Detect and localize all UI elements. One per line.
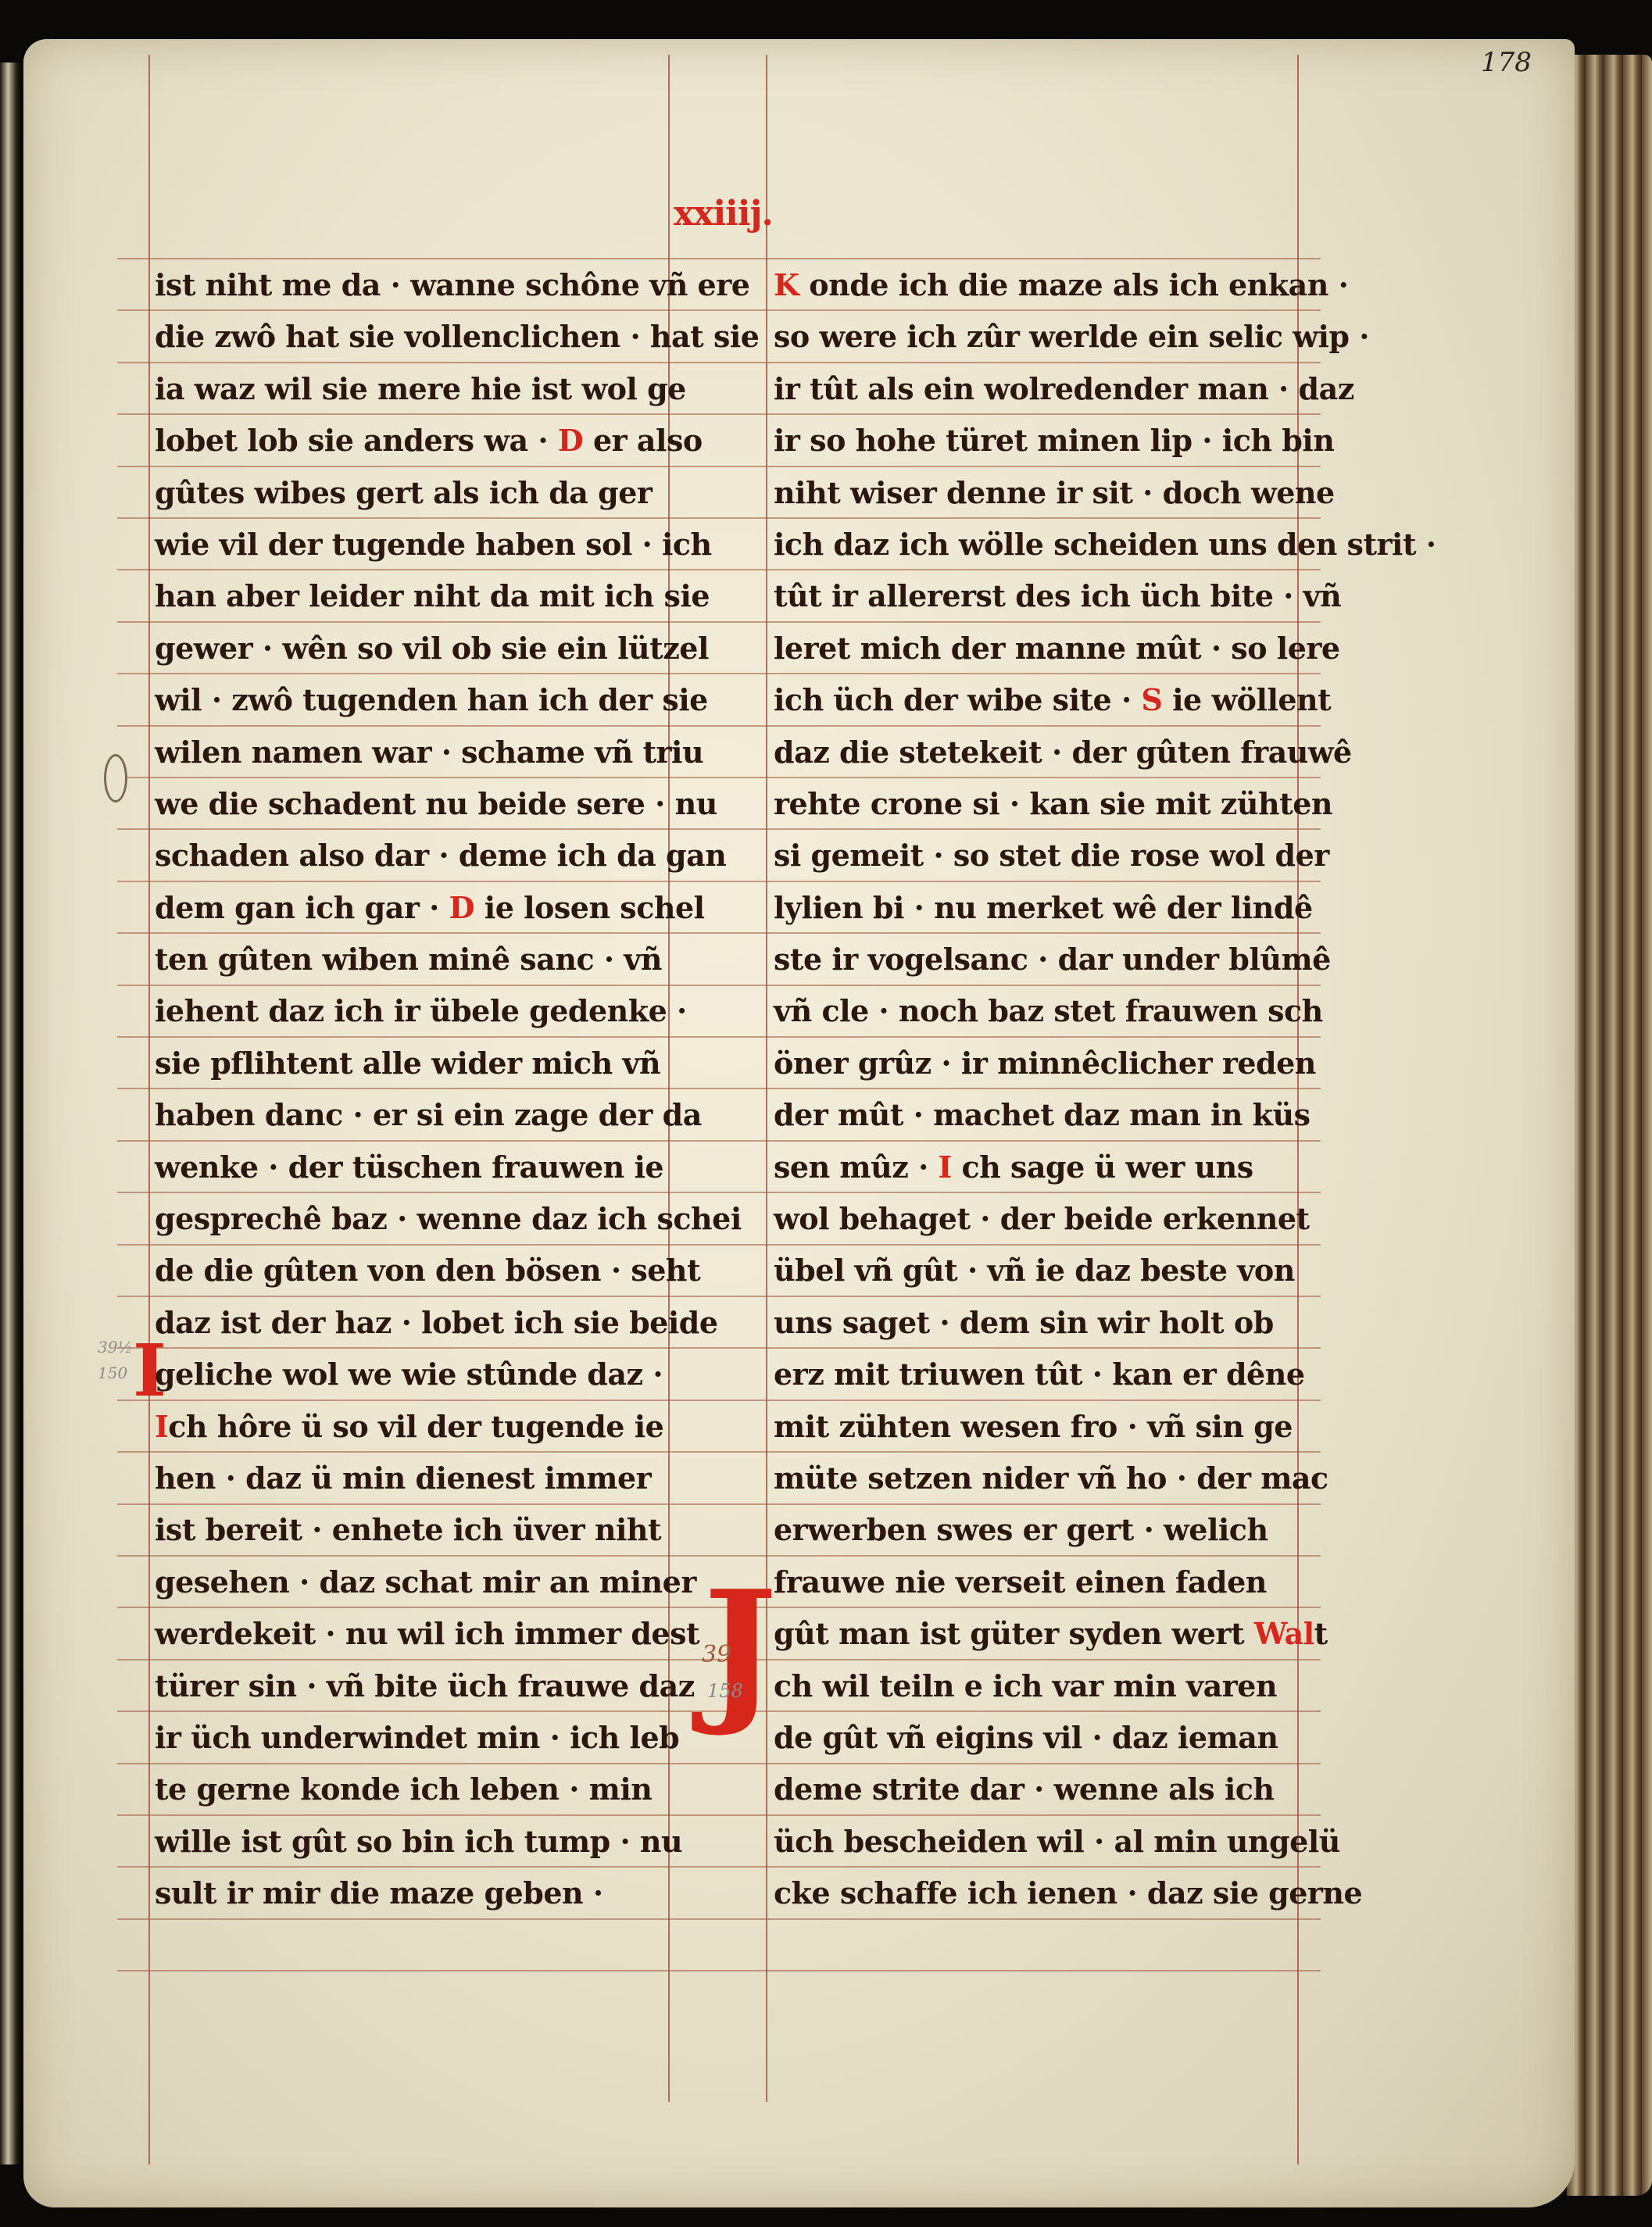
text-column-left: ist niht me da · wanne schône vñ eredie … bbox=[155, 259, 670, 1920]
text-segment: ie losen schel bbox=[474, 890, 705, 925]
text-segment: t bbox=[1314, 1616, 1328, 1651]
text-segment: dem gan ich gar · bbox=[155, 890, 449, 925]
text-line: ir üch underwindet min · ich leb bbox=[155, 1712, 670, 1764]
text-line: gût man ist güter syden wert Walt bbox=[774, 1608, 1305, 1660]
text-line: wilen namen war · schame vñ triu bbox=[155, 727, 670, 778]
folio-number: 178 bbox=[1481, 47, 1532, 78]
text-line: daz ist der haz · lobet ich sie beide bbox=[155, 1297, 670, 1349]
margin-note-39: 39 bbox=[702, 1641, 731, 1668]
text-line: daz die stetekeit · der gûten frauwê bbox=[774, 727, 1305, 778]
text-line: haben danc · er si ein zage der da bbox=[155, 1089, 670, 1141]
text-line: der mût · machet daz man in küs bbox=[774, 1089, 1305, 1141]
text-line: gesprechê baz · wenne daz ich schei bbox=[155, 1193, 670, 1245]
text-column-right: K onde ich die maze als ich enkan ·so we… bbox=[774, 259, 1305, 1920]
text-line: wille ist gût so bin ich tump · nu bbox=[155, 1816, 670, 1868]
text-line: übel vñ gût · vñ ie daz beste von bbox=[774, 1245, 1305, 1296]
rubricated-initial: K bbox=[774, 267, 799, 302]
text-segment: ie wöllent bbox=[1162, 682, 1331, 717]
text-line: ich daz ich wölle scheiden uns den strit… bbox=[774, 519, 1305, 570]
text-line: frauwe nie verseit einen faden bbox=[774, 1557, 1305, 1608]
text-line: ist niht me da · wanne schône vñ ere bbox=[155, 259, 670, 311]
text-segment: gût man ist güter syden wert bbox=[774, 1616, 1254, 1651]
text-line: de die gûten von den bösen · seht bbox=[155, 1245, 670, 1296]
ruling-left-margin bbox=[148, 55, 150, 2164]
text-line: sult ir mir die maze geben · bbox=[155, 1868, 670, 1919]
text-line: werdekeit · nu wil ich immer dest bbox=[155, 1608, 670, 1660]
text-line: leret mich der manne mût · so lere bbox=[774, 623, 1305, 674]
text-line: wil · zwô tugenden han ich der sie bbox=[155, 674, 670, 726]
text-line: die zwô hat sie vollenclichen · hat sie bbox=[155, 311, 670, 363]
text-segment: ich üch der wibe site · bbox=[774, 682, 1141, 717]
text-line: de gût vñ eigins vil · daz ieman bbox=[774, 1712, 1305, 1764]
text-line: ist bereit · enhete ich üver niht bbox=[155, 1504, 670, 1556]
text-line: gûtes wibes gert als ich da ger bbox=[155, 467, 670, 519]
text-line: hen · daz ü min dienest immer bbox=[155, 1453, 670, 1504]
text-line: müte setzen nider vñ ho · der mac bbox=[774, 1453, 1305, 1504]
text-line: ia waz wil sie mere hie ist wol ge bbox=[155, 363, 670, 415]
text-line: ste ir vogelsanc · dar under blûmê bbox=[774, 934, 1305, 985]
text-line: lylien bi · nu merket wê der lindê bbox=[774, 882, 1305, 934]
text-line: ten gûten wiben minê sanc · vñ bbox=[155, 934, 670, 985]
text-line: niht wiser denne ir sit · doch wene bbox=[774, 467, 1305, 519]
text-segment: ch sage ü wer uns bbox=[952, 1149, 1253, 1185]
text-line: sen mûz · I ch sage ü wer uns bbox=[774, 1142, 1305, 1193]
margin-note-39half: 39½ bbox=[98, 1338, 133, 1357]
text-line: wol behaget · der beide erkennet bbox=[774, 1193, 1305, 1245]
text-segment: onde ich die maze als ich enkan · bbox=[799, 267, 1349, 302]
text-segment: sen mûz · bbox=[774, 1149, 939, 1185]
text-segment: lobet lob sie anders wa · bbox=[155, 423, 558, 458]
rubricated-initial: D bbox=[449, 890, 474, 925]
text-line: wie vil der tugende haben sol · ich bbox=[155, 519, 670, 570]
text-line: sie pflihtent alle wider mich vñ bbox=[155, 1038, 670, 1089]
text-line: ich üch der wibe site · S ie wöllent bbox=[774, 674, 1305, 726]
rubricated-initial: Wal bbox=[1254, 1616, 1314, 1651]
text-line: dem gan ich gar · D ie losen schel bbox=[155, 882, 670, 934]
text-line: gesehen · daz schat mir an miner bbox=[155, 1557, 670, 1608]
text-line: Ich hôre ü so vil der tugende ie bbox=[155, 1401, 670, 1453]
text-segment: er also bbox=[583, 423, 702, 458]
text-line: te gerne konde ich leben · min bbox=[155, 1764, 670, 1815]
text-line: erwerben swes er gert · welich bbox=[774, 1504, 1305, 1556]
text-segment: ch hôre ü so vil der tugende ie bbox=[168, 1409, 663, 1444]
text-line: wenke · der tüschen frauwen ie bbox=[155, 1142, 670, 1193]
margin-note-150: 150 bbox=[98, 1364, 127, 1382]
text-line: lobet lob sie anders wa · D er also bbox=[155, 415, 670, 466]
text-line: ch wil teiln e ich var min varen bbox=[774, 1660, 1305, 1712]
margin-note-158: 158 bbox=[707, 1680, 743, 1702]
text-line: we die schadent nu beide sere · nu bbox=[155, 778, 670, 830]
parchment-hole bbox=[104, 754, 127, 803]
text-line: han aber leider niht da mit ich sie bbox=[155, 570, 670, 622]
text-line: si gemeit · so stet die rose wol der bbox=[774, 830, 1305, 881]
text-line: rehte crone si · kan sie mit zühten bbox=[774, 778, 1305, 830]
text-line: geliche wol we wie stûnde daz · bbox=[155, 1349, 670, 1400]
book-fore-edge bbox=[1567, 55, 1652, 2196]
text-line: deme strite dar · wenne als ich bbox=[774, 1764, 1305, 1815]
text-line: türer sin · vñ bite üch frauwe daz bbox=[155, 1660, 670, 1712]
text-line: uns saget · dem sin wir holt ob bbox=[774, 1297, 1305, 1349]
text-line: iehent daz ich ir übele gedenke · bbox=[155, 985, 670, 1037]
text-line: ir tût als ein wolredender man · daz bbox=[774, 363, 1305, 415]
text-line: öner grûz · ir minnêclicher reden bbox=[774, 1038, 1305, 1089]
text-line: so were ich zûr werlde ein selic wip · bbox=[774, 311, 1305, 363]
rubricated-initial: I bbox=[939, 1149, 952, 1185]
text-line: K onde ich die maze als ich enkan · bbox=[774, 259, 1305, 311]
rubricated-initial: I bbox=[155, 1409, 168, 1444]
text-line: ir so hohe türet minen lip · ich bin bbox=[774, 415, 1305, 466]
rubricated-initial: D bbox=[558, 423, 583, 458]
text-line: schaden also dar · deme ich da gan bbox=[155, 830, 670, 881]
text-line: tût ir allererst des ich üch bite · vñ bbox=[774, 570, 1305, 622]
text-line: gewer · wên so vil ob sie ein lützel bbox=[155, 623, 670, 674]
running-header-rubric: xxiiij. bbox=[674, 194, 773, 234]
text-line: mit zühten wesen fro · vñ sin ge bbox=[774, 1401, 1305, 1453]
rubricated-initial: S bbox=[1141, 682, 1162, 717]
text-line: erz mit triuwen tût · kan er dêne bbox=[774, 1349, 1305, 1400]
text-line: vñ cle · noch baz stet frauwen sch bbox=[774, 985, 1305, 1037]
ruling-line bbox=[117, 1970, 1321, 1971]
text-line: cke schaffe ich ienen · daz sie gerne bbox=[774, 1868, 1305, 1919]
previous-leaf-edge bbox=[0, 63, 20, 2164]
text-line: üch bescheiden wil · al min ungelü bbox=[774, 1816, 1305, 1868]
